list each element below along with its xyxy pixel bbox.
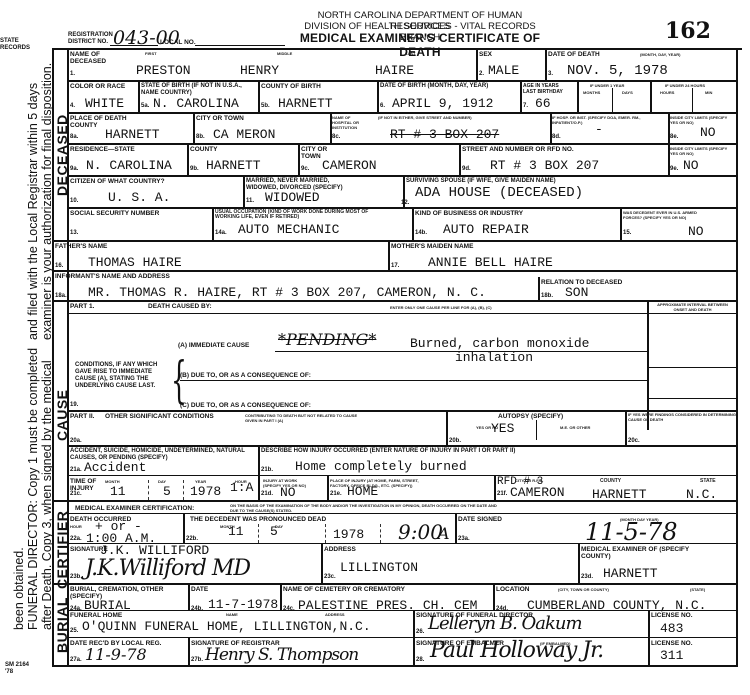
- funeral-home-label: FUNERAL HOME: [70, 612, 122, 619]
- autopsy-field[interactable]: YES: [491, 421, 514, 436]
- form-code: SM 2164 '78: [5, 662, 29, 676]
- surviving-spouse-label: SURVIVING SPOUSE (If wife, give maiden n…: [406, 178, 556, 185]
- embalmer-signature-field[interactable]: Paul Holloway Jr.: [430, 638, 603, 663]
- race-label: COLOR OR RACE: [70, 83, 125, 90]
- autopsy-label: AUTOPSY (SPECIFY): [498, 413, 563, 420]
- section-deceased: DECEASED: [54, 110, 70, 200]
- section-certifier: CERTIFIER: [54, 510, 70, 590]
- me-of-county-field[interactable]: HARNETT: [603, 566, 658, 581]
- date-received-field[interactable]: 11-9-78: [85, 645, 147, 664]
- place-of-death-city-label: CITY OR TOWN: [196, 115, 244, 122]
- embalmer-license-field[interactable]: 311: [660, 648, 683, 663]
- residence-city-field[interactable]: CAMERON: [322, 158, 377, 173]
- immediate-cause-field-line1[interactable]: Burned, carbon monoxide: [410, 336, 589, 351]
- funeral-home-field[interactable]: O'QUINN FUNERAL HOME, LILLINGTON,N.C.: [82, 619, 371, 634]
- date-signed-label: DATE SIGNED: [458, 516, 502, 523]
- age-label: AGE IN YEARS LAST BIRTHDAY: [523, 83, 568, 95]
- injury-hour-field[interactable]: 1:A: [230, 480, 253, 495]
- date-of-birth-label: DATE OF BIRTH (Month, Day, Year): [380, 83, 488, 90]
- middle-label: MIDDLE: [277, 51, 292, 56]
- injury-description-label: DESCRIBE HOW INJURY OCCURRED (Enter natu…: [261, 448, 515, 455]
- marital-status-field[interactable]: WIDOWED: [265, 190, 320, 205]
- date-of-death-label: DATE OF DEATH: [548, 51, 600, 58]
- county-of-birth-field[interactable]: HARNETT: [278, 96, 333, 111]
- first-label: FIRST: [145, 51, 157, 56]
- place-of-injury-field[interactable]: HOME: [347, 484, 378, 499]
- injury-description-field[interactable]: Home completely burned: [295, 459, 467, 474]
- first-name-field[interactable]: PRESTON: [136, 63, 191, 78]
- funeral-director-signature-field[interactable]: Lelleryn B. Oakum: [428, 613, 582, 634]
- local-no-label: LOCAL NO.: [160, 39, 196, 46]
- place-of-death-county-field[interactable]: HARNETT: [105, 127, 160, 142]
- relation-field[interactable]: SON: [565, 285, 588, 300]
- due-to-b-label: (b) DUE TO, OR AS A CONSEQUENCE OF:: [180, 372, 311, 379]
- injury-at-work-field[interactable]: NO: [280, 485, 296, 500]
- cemetery-label: NAME OF CEMETERY OR CREMATORY: [283, 586, 405, 593]
- injury-day-field[interactable]: 5: [163, 484, 171, 499]
- informant-field[interactable]: MR. THOMAS R. HAIRE, RT # 3 BOX 207, CAM…: [88, 285, 486, 300]
- section-cause: CAUSE: [54, 380, 70, 450]
- inside-city-limits-field[interactable]: NO: [700, 125, 716, 140]
- residence-county-label: COUNTY: [190, 146, 217, 153]
- fd-license-field[interactable]: 483: [660, 621, 683, 636]
- fd-license-label: LICENSE NO.: [651, 612, 693, 619]
- place-of-death-city-field[interactable]: CA MERON: [213, 127, 275, 142]
- pronounced-hour-field[interactable]: 9:00: [398, 520, 443, 544]
- me-of-label: MEDICAL EXAMINER OF (SPECIFY COUNTY): [581, 546, 701, 560]
- death-caused-by-label: DEATH CAUSED BY:: [148, 303, 212, 310]
- citizen-label: CITIZEN OF WHAT COUNTRY?: [70, 178, 165, 185]
- part2-label: PART II.: [70, 413, 94, 420]
- father-name-label: FATHER'S NAME: [55, 243, 107, 250]
- pronounced-month-field[interactable]: 11: [228, 524, 244, 539]
- section-burial: BURIAL: [54, 595, 70, 655]
- race-field[interactable]: WHITE: [85, 96, 124, 111]
- occupation-field[interactable]: AUTO MECHANIC: [238, 222, 339, 237]
- age-field[interactable]: 66: [535, 96, 551, 111]
- surviving-spouse-field[interactable]: ADA HOUSE (DECEASED): [415, 185, 583, 201]
- pronounced-dead-label: THE DECEDENT WAS PRONOUNCED DEAD: [190, 516, 326, 523]
- state-of-birth-field[interactable]: N. CAROLINA: [153, 96, 239, 111]
- date-of-birth-field[interactable]: APRIL 9, 1912: [392, 96, 493, 111]
- armed-forces-field[interactable]: NO: [688, 224, 704, 239]
- part1-label: PART 1.: [70, 303, 94, 310]
- interval-label: APPROXIMATE INTERVAL BETWEEN ONSET AND D…: [650, 302, 735, 312]
- residence-street-field[interactable]: RT # 3 BOX 207: [490, 158, 599, 173]
- conditions-label: CONDITIONS, IF ANY WHICH GAVE RISE TO IM…: [75, 362, 165, 390]
- residence-county-field[interactable]: HARNETT: [206, 158, 261, 173]
- pronounced-year-field[interactable]: 1978: [333, 527, 364, 542]
- certificate-title: MEDICAL EXAMINER'S CERTIFICATE OF DEATH: [290, 31, 550, 59]
- margin-instruction-line1: and filed with the Local Registrar withi…: [26, 60, 41, 340]
- time-of-injury-label: TIME OF INJURY: [70, 478, 98, 492]
- county-of-birth-label: COUNTY OF BIRTH: [261, 83, 321, 90]
- registration-district-label: REGISTRATION DISTRICT NO.: [68, 32, 113, 46]
- state-of-birth-label: STATE OF BIRTH (if not in U.S.A., name c…: [141, 83, 259, 97]
- ssn-label: SOCIAL SECURITY NUMBER: [70, 210, 159, 217]
- location-label: LOCATION: [496, 586, 529, 593]
- mother-maiden-name-field[interactable]: ANNIE BELL HAIRE: [428, 255, 553, 270]
- other-conditions-label: OTHER SIGNIFICANT CONDITIONS: [105, 413, 214, 420]
- manner-field[interactable]: Accident: [84, 460, 146, 475]
- due-to-c-label: (c) DUE TO, OR AS A CONSEQUENCE OF:: [180, 402, 311, 409]
- residence-inside-city-field[interactable]: NO: [683, 158, 699, 173]
- margin-instruction-line3: FUNERAL DIRECTOR: Copy 1 must be complet…: [26, 380, 41, 630]
- me-signature-field[interactable]: J.K.Williford MD: [85, 556, 250, 581]
- certificate-number: 162: [665, 18, 711, 44]
- last-label: LAST: [405, 51, 415, 56]
- me-address-field[interactable]: LILLINGTON: [340, 560, 418, 575]
- pronounced-day-field[interactable]: 5: [270, 524, 278, 539]
- citizen-field[interactable]: U. S. A.: [108, 190, 170, 205]
- address-label: ADDRESS: [324, 546, 356, 553]
- me-certification-label: MEDICAL EXAMINER CERTIFICATION:: [75, 505, 194, 512]
- hospital-label: NAME OF HOSPITAL OR INSTITUTION: [332, 115, 359, 130]
- middle-name-field[interactable]: HENRY: [240, 63, 279, 78]
- date-of-death-field[interactable]: NOV. 5, 1978: [567, 63, 668, 79]
- pending-struck-text: *PENDING*: [278, 330, 376, 349]
- residence-state-field[interactable]: N. CAROLINA: [86, 158, 172, 173]
- registrar-signature-field[interactable]: Henry S. Thompson: [205, 645, 358, 665]
- name-of-deceased-label: NAME OF DECEASED: [70, 51, 106, 65]
- sex-label: SEX: [479, 51, 492, 58]
- embalmer-license-label: LICENSE NO.: [651, 640, 693, 647]
- hospital-field[interactable]: RT # 3 BOX 207: [390, 127, 499, 142]
- industry-label: KIND OF BUSINESS OR INDUSTRY: [415, 210, 523, 217]
- immediate-cause-label: (a) IMMEDIATE CAUSE: [178, 342, 249, 349]
- occupation-label: USUAL OCCUPATION (Kind of work done duri…: [215, 210, 375, 220]
- injury-month-field[interactable]: 11: [110, 484, 126, 499]
- immediate-cause-field-line2[interactable]: inhalation: [455, 350, 533, 365]
- date-signed-field[interactable]: 11-5-78: [585, 518, 678, 546]
- injury-year-field[interactable]: 1978: [190, 484, 221, 499]
- sex-field[interactable]: MALE: [488, 63, 519, 78]
- industry-field[interactable]: AUTO REPAIR: [443, 222, 529, 237]
- mother-maiden-name-label: MOTHER'S MAIDEN NAME: [391, 243, 473, 250]
- residence-state-label: RESIDENCE—STATE: [70, 146, 135, 153]
- last-name-field[interactable]: HAIRE: [375, 63, 414, 78]
- informant-label: INFORMANT'S NAME AND ADDRESS: [55, 273, 170, 280]
- residence-street-label: STREET AND NUMBER OR RFD NO.: [462, 146, 574, 153]
- hospital-status-field[interactable]: -: [595, 122, 603, 137]
- father-name-field[interactable]: THOMAS HAIRE: [88, 255, 182, 270]
- pronounced-ampm-field[interactable]: A: [438, 524, 450, 543]
- state-records-label: STATE RECORDS: [0, 38, 30, 52]
- burial-date-label: DATE: [191, 586, 208, 593]
- injury-city-field[interactable]: CAMERON: [510, 485, 565, 500]
- margin-been-obtained: been obtained.: [12, 520, 27, 630]
